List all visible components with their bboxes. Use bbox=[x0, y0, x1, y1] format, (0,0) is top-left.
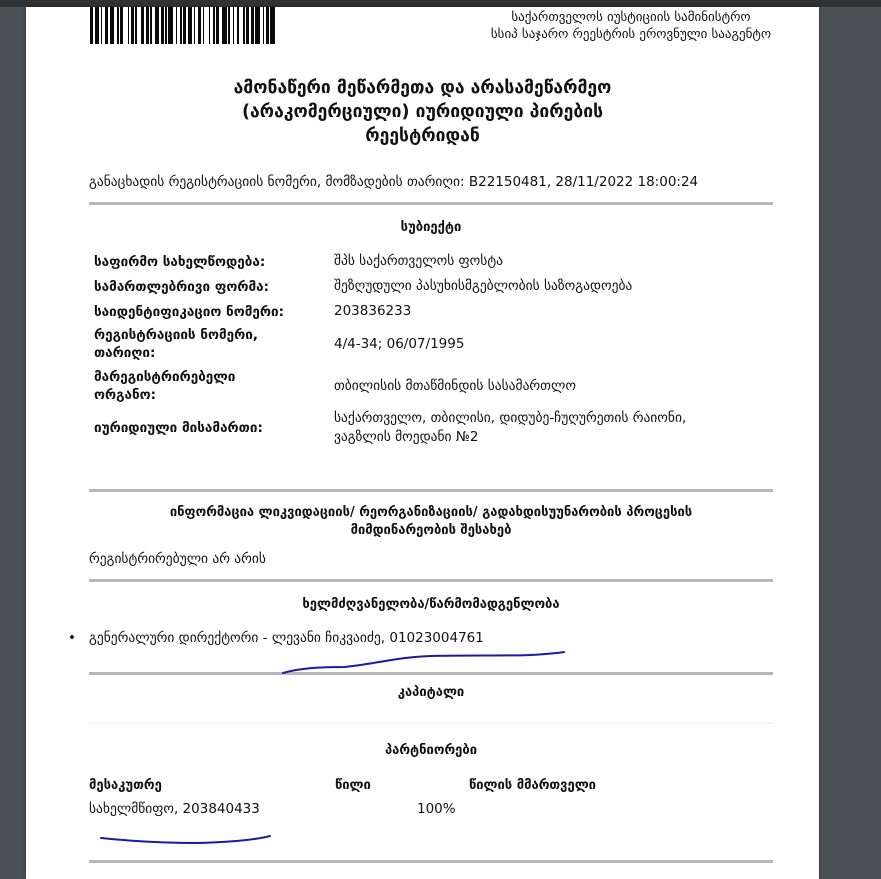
field-id-number: საიდენტიფიკაციო ნომერი: 203836233 bbox=[94, 302, 774, 321]
issuing-authority: საქართველოს იუსტიციის სამინისტრო სსიპ სა… bbox=[466, 9, 796, 43]
section-heading-subject: სუბიექტი bbox=[89, 219, 773, 237]
field-label: რეგისტრაციის ნომერი, თარიღი: bbox=[94, 326, 294, 362]
field-label: მარეგისტრირებელი ორგანო: bbox=[94, 368, 274, 404]
barcode bbox=[90, 7, 316, 44]
liquidation-status: რეგისტრირებული არ არის bbox=[89, 551, 266, 567]
field-label: საფირმო სახელწოდება: bbox=[94, 253, 334, 271]
heading-line: ინფორმაცია ლიკვიდაციის/ რეორგანიზაციის/ … bbox=[89, 504, 773, 522]
title-line-1: ამონაწერი მეწარმეთა და არასამეწარმეო bbox=[26, 76, 819, 100]
field-label: სამართლებრივი ფორმა: bbox=[94, 278, 334, 296]
application-label: განაცხადის რეგისტრაციის ნომერი, მომზადებ… bbox=[89, 174, 465, 190]
application-value: B22150481, 28/11/2022 18:00:24 bbox=[469, 174, 698, 190]
field-value: შპს საქართველოს ფოსტა bbox=[334, 252, 774, 271]
divider bbox=[89, 579, 773, 582]
management-item: • გენერალური დირექტორი - ლევანი ჩიკვაიძე… bbox=[68, 630, 484, 646]
partners-col-owner: მესაკუთრე bbox=[89, 778, 162, 793]
field-value: საქართველო, თბილისი, დიდუბე-ჩუღურეთის რა… bbox=[334, 409, 774, 447]
divider bbox=[89, 672, 773, 675]
heading-line: მიმდინარეობის შესახებ bbox=[89, 522, 773, 540]
partners-col-manager: წილის მმართველი bbox=[469, 778, 596, 793]
field-value: 203836233 bbox=[334, 302, 774, 321]
document-page: საქართველოს იუსტიციის სამინისტრო სსიპ სა… bbox=[26, 7, 819, 879]
field-value: თბილისის მთაწმინდის სასამართლო bbox=[334, 377, 774, 396]
field-legal-address: იურიდიული მისამართი: საქართველო, თბილისი… bbox=[94, 409, 774, 447]
partner-owner: სახელმწიფო, 203840433 bbox=[89, 801, 260, 817]
field-value: შეზღუდული პასუხისმგებლობის საზოგადოება bbox=[334, 277, 774, 296]
application-info: განაცხადის რეგისტრაციის ნომერი, მომზადებ… bbox=[89, 174, 698, 190]
field-legal-form: სამართლებრივი ფორმა: შეზღუდული პასუხისმგ… bbox=[94, 277, 774, 296]
partner-share: 100% bbox=[417, 801, 456, 817]
title-line-3: რეესტრიდან bbox=[26, 124, 819, 148]
field-label: იურიდიული მისამართი: bbox=[94, 419, 334, 437]
section-heading-liquidation: ინფორმაცია ლიკვიდაციის/ რეორგანიზაციის/ … bbox=[89, 504, 773, 540]
field-company-name: საფირმო სახელწოდება: შპს საქართველოს ფოს… bbox=[94, 252, 774, 271]
field-registration: რეგისტრაციის ნომერი, თარიღი: 4/4-34; 06/… bbox=[94, 325, 774, 363]
divider bbox=[89, 723, 773, 724]
section-heading-capital: კაპიტალი bbox=[89, 684, 773, 702]
bullet-icon: • bbox=[68, 630, 89, 646]
section-heading-management: ხელმძღვანელობა/წარმომადგენლობა bbox=[89, 596, 773, 614]
section-heading-partners: პარტნიორები bbox=[89, 742, 773, 760]
divider bbox=[89, 202, 773, 205]
divider bbox=[89, 860, 773, 863]
management-item-text: გენერალური დირექტორი - ლევანი ჩიკვაიძე, … bbox=[89, 630, 484, 646]
title-line-2: (არაკომერციული) იურიდიული პირების bbox=[26, 100, 819, 124]
field-value: 4/4-34; 06/07/1995 bbox=[334, 335, 774, 354]
field-registering-body: მარეგისტრირებელი ორგანო: თბილისის მთაწმი… bbox=[94, 367, 774, 405]
ministry-name: საქართველოს იუსტიციის სამინისტრო bbox=[466, 9, 796, 26]
divider bbox=[89, 489, 773, 492]
agency-name: სსიპ საჯარო რეესტრის ეროვნული სააგენტო bbox=[466, 26, 796, 43]
partners-col-share: წილი bbox=[335, 778, 371, 793]
field-label: საიდენტიფიკაციო ნომერი: bbox=[94, 303, 334, 321]
viewer-toolbar bbox=[0, 0, 881, 7]
document-title: ამონაწერი მეწარმეთა და არასამეწარმეო (არ… bbox=[26, 76, 819, 148]
